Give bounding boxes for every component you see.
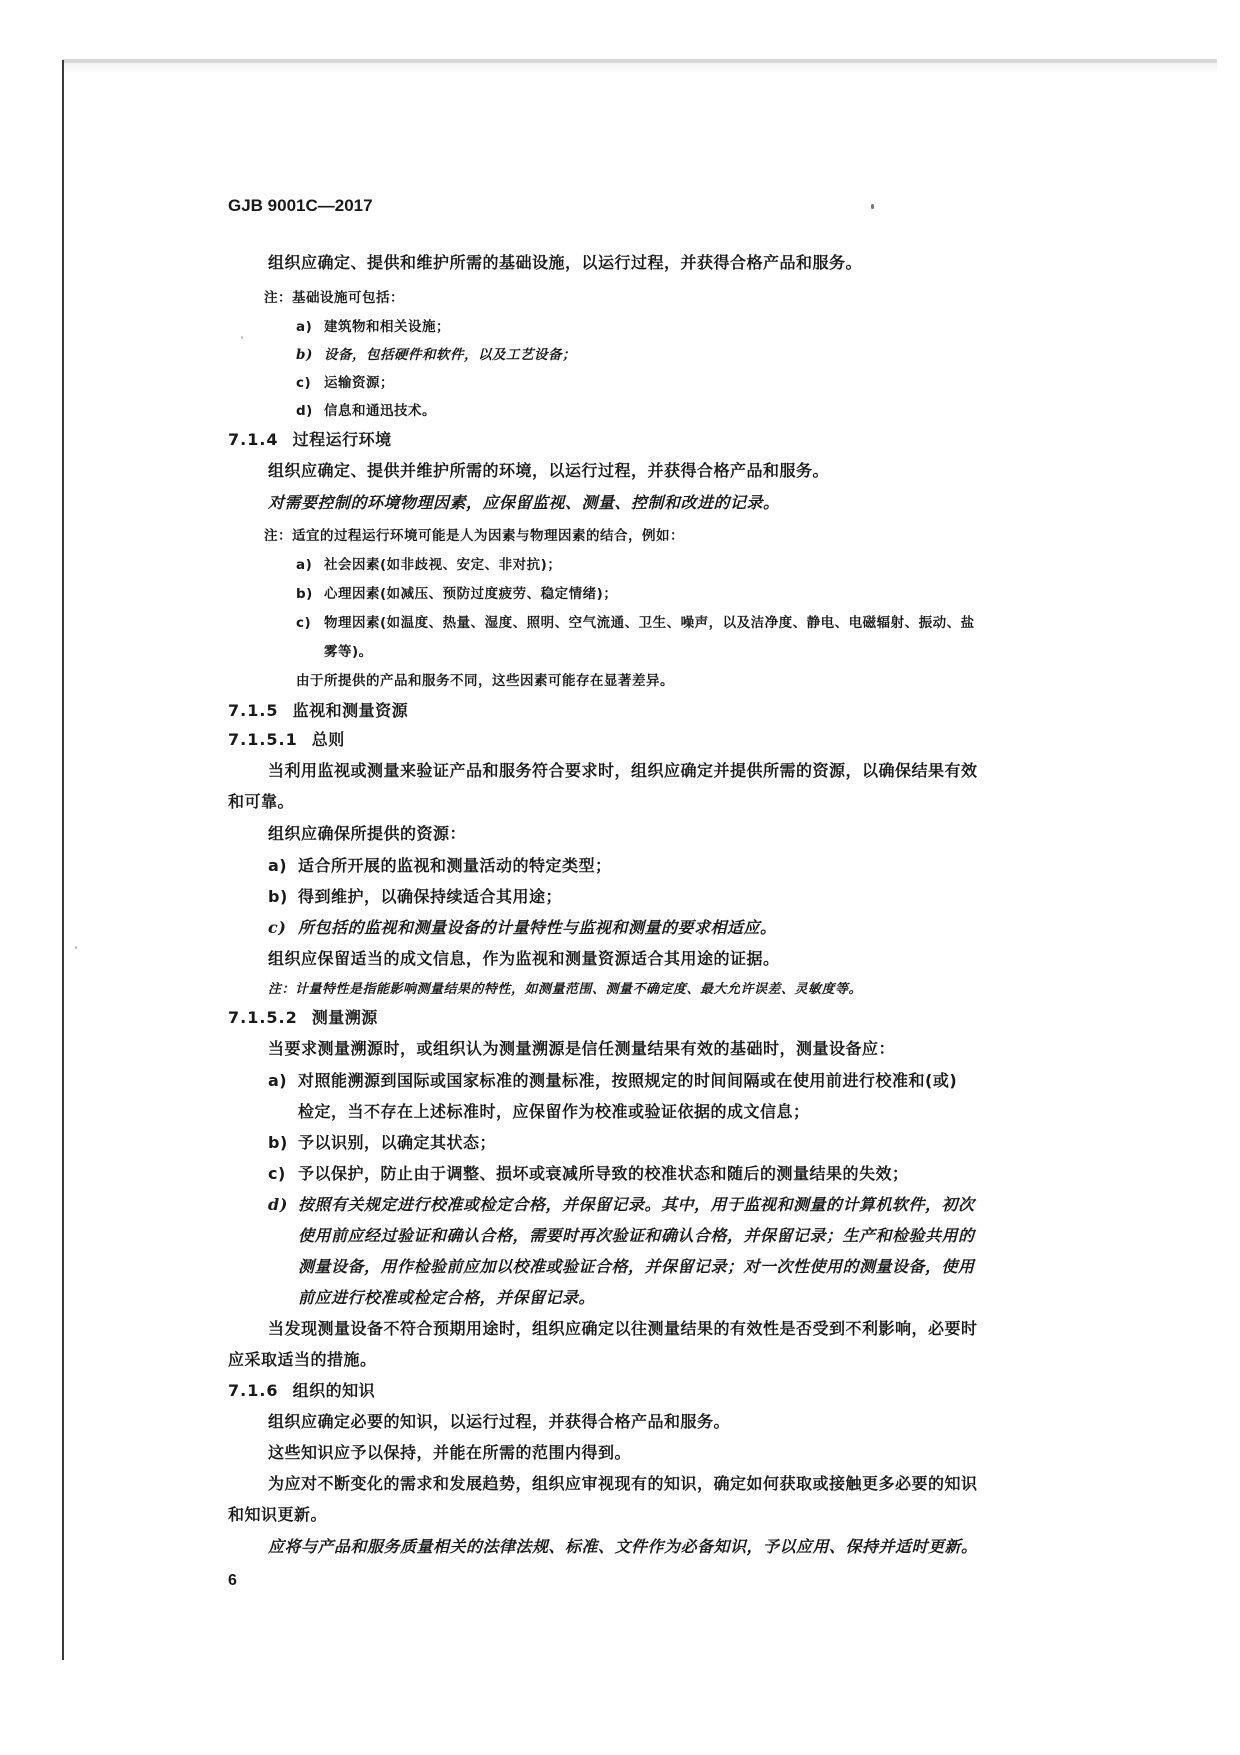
item-text: 信息和通迅技术。 [324,403,436,419]
note-title: 注：基础设施可包括： [264,286,404,306]
note-item: d)信息和通迅技术。 [296,399,436,419]
item-text: 予以识别，以确定其状态； [298,1133,496,1152]
scan-speck [871,204,874,209]
paragraph-continuation: 和可靠。 [228,789,294,812]
note-item: c)运输资源； [296,371,394,391]
item-text: 运输资源； [324,375,394,391]
list-item: d)按照有关规定进行校准或检定合格，并保留记录。其中，用于监视和测量的计算机软件… [268,1192,975,1215]
section-heading-7-1-5-2: 7.1.5.2测量溯源 [228,1005,378,1028]
list-item-continuation: 使用前应经过验证和确认合格，需要时再次验证和确认合格，并保留记录；生产和检验共用… [298,1223,975,1246]
item-text: 建筑物和相关设施； [324,319,450,335]
item-text: 适合所开展的监视和测量活动的特定类型； [298,856,612,875]
list-item: a)适合所开展的监视和测量活动的特定类型； [268,853,612,876]
item-label: c) [268,1164,298,1183]
paragraph: 组织应确定、提供和维护所需的基础设施，以运行过程，并获得合格产品和服务。 [268,250,862,273]
list-item-continuation: 检定，当不存在上述标准时，应保留作为校准或验证依据的成文信息； [298,1099,810,1122]
note-item: b)心理因素(如减压、预防过度疲劳、稳定情绪)； [296,582,617,602]
item-text: 予以保护，防止由于调整、损坏或衰减所导致的校准状态和随后的测量结果的失效； [298,1164,909,1183]
list-item-continuation: 测量设备，用作检验前应加以校准或验证合格，并保留记录；对一次性使用的测量设备，使… [298,1254,975,1277]
list-item: c)予以保护，防止由于调整、损坏或衰减所导致的校准状态和随后的测量结果的失效； [268,1161,909,1184]
note-title: 注：适宜的过程运行环境可能是人为因素与物理因素的结合，例如： [264,524,684,544]
item-label: d) [268,1195,298,1214]
section-number: 7.1.5.2 [228,1008,298,1027]
page-top-shade [62,63,1217,73]
paragraph-continuation: 和知识更新。 [228,1502,327,1525]
section-title: 组织的知识 [293,1381,376,1400]
document-header: GJB 9001C—2017 [228,196,373,216]
section-number: 7.1.4 [228,430,279,449]
note-item: a)建筑物和相关设施； [296,315,450,335]
item-text: 按照有关规定进行校准或检定合格，并保留记录。其中，用于监视和测量的计算机软件，初… [298,1195,975,1214]
list-item-continuation: 前应进行校准或检定合格，并保留记录。 [298,1285,595,1308]
note-tail: 由于所提供的产品和服务不同，这些因素可能存在显著差异。 [296,669,674,689]
paragraph: 当发现测量设备不符合预期用途时，组织应确定以往测量结果的有效性是否受到不利影响，… [268,1316,978,1339]
item-text: 物理因素(如温度、热量、湿度、照明、空气流通、卫生、噪声，以及洁净度、静电、电磁… [324,615,975,631]
scan-speck [241,336,243,339]
section-title: 过程运行环境 [293,430,392,449]
paragraph: 对需要控制的环境物理因素，应保留监视、测量、控制和改进的记录。 [268,490,780,513]
paragraph: 组织应确定、提供并维护所需的环境，以运行过程，并获得合格产品和服务。 [268,458,829,481]
paragraph: 组织应确定必要的知识，以运行过程，并获得合格产品和服务。 [268,1409,730,1432]
item-label: a) [296,319,324,335]
note-item: c)物理因素(如温度、热量、湿度、照明、空气流通、卫生、噪声，以及洁净度、静电、… [296,611,975,631]
item-text: 对照能溯源到国际或国家标准的测量标准，按照规定的时间间隔或在使用前进行校准和(或… [298,1071,957,1090]
item-label: c) [296,615,324,631]
note-item: a)社会因素(如非歧视、安定、非对抗)； [296,553,561,573]
section-number: 7.1.6 [228,1381,279,1400]
paragraph: 当利用监视或测量来验证产品和服务符合要求时，组织应确定并提供所需的资源，以确保结… [268,758,978,781]
note-item-continuation: 雾等)。 [324,640,373,660]
item-label: b) [296,586,324,602]
item-label: b) [268,1133,298,1152]
item-text: 心理因素(如减压、预防过度疲劳、稳定情绪)； [324,586,617,602]
item-text: 得到维护，以确保持续适合其用途； [298,887,562,906]
item-label: c) [268,918,298,937]
item-label: d) [296,403,324,419]
section-number: 7.1.5.1 [228,730,298,749]
item-label: a) [268,856,298,875]
paragraph: 这些知识应予以保持，并能在所需的范围内得到。 [268,1440,631,1463]
list-item: c)所包括的监视和测量设备的计量特性与监视和测量的要求相适应。 [268,915,777,938]
page-number: 6 [228,1572,237,1590]
list-item: b)得到维护，以确保持续适合其用途； [268,884,562,907]
section-heading-7-1-4: 7.1.4过程运行环境 [228,427,392,450]
item-label: b) [296,347,324,363]
note: 注：计量特性是指能影响测量结果的特性，如测量范围、测量不确定度、最大允许误差、灵… [268,978,862,997]
scan-speck [75,946,77,949]
item-label: a) [268,1071,298,1090]
paragraph-continuation: 应采取适当的措施。 [228,1347,377,1370]
list-item: a)对照能溯源到国际或国家标准的测量标准，按照规定的时间间隔或在使用前进行校准和… [268,1068,957,1091]
page-left-edge [62,60,64,1660]
section-heading-7-1-6: 7.1.6组织的知识 [228,1378,375,1401]
item-text: 设备，包括硬件和软件，以及工艺设备； [324,347,576,363]
section-number: 7.1.5 [228,701,279,720]
item-label: a) [296,557,324,573]
section-heading-7-1-5: 7.1.5监视和测量资源 [228,698,408,721]
item-text: 社会因素(如非歧视、安定、非对抗)； [324,557,561,573]
paragraph: 当要求测量溯源时，或组织认为测量溯源是信任测量结果有效的基础时，测量设备应： [268,1036,895,1059]
item-label: b) [268,887,298,906]
paragraph: 应将与产品和服务质量相关的法律法规、标准、文件作为必备知识，予以应用、保持并适时… [268,1534,978,1557]
item-text: 所包括的监视和测量设备的计量特性与监视和测量的要求相适应。 [298,918,777,937]
paragraph: 组织应确保所提供的资源： [268,821,466,844]
list-item: b)予以识别，以确定其状态； [268,1130,496,1153]
section-heading-7-1-5-1: 7.1.5.1总则 [228,727,345,750]
section-title: 测量溯源 [312,1008,378,1027]
note-item: b)设备，包括硬件和软件，以及工艺设备； [296,343,576,363]
paragraph: 组织应保留适当的成文信息，作为监视和测量资源适合其用途的证据。 [268,946,780,969]
section-title: 总则 [312,730,345,749]
section-title: 监视和测量资源 [293,701,409,720]
item-label: c) [296,375,324,391]
paragraph: 为应对不断变化的需求和发展趋势，组织应审视现有的知识，确定如何获取或接触更多必要… [268,1471,978,1494]
